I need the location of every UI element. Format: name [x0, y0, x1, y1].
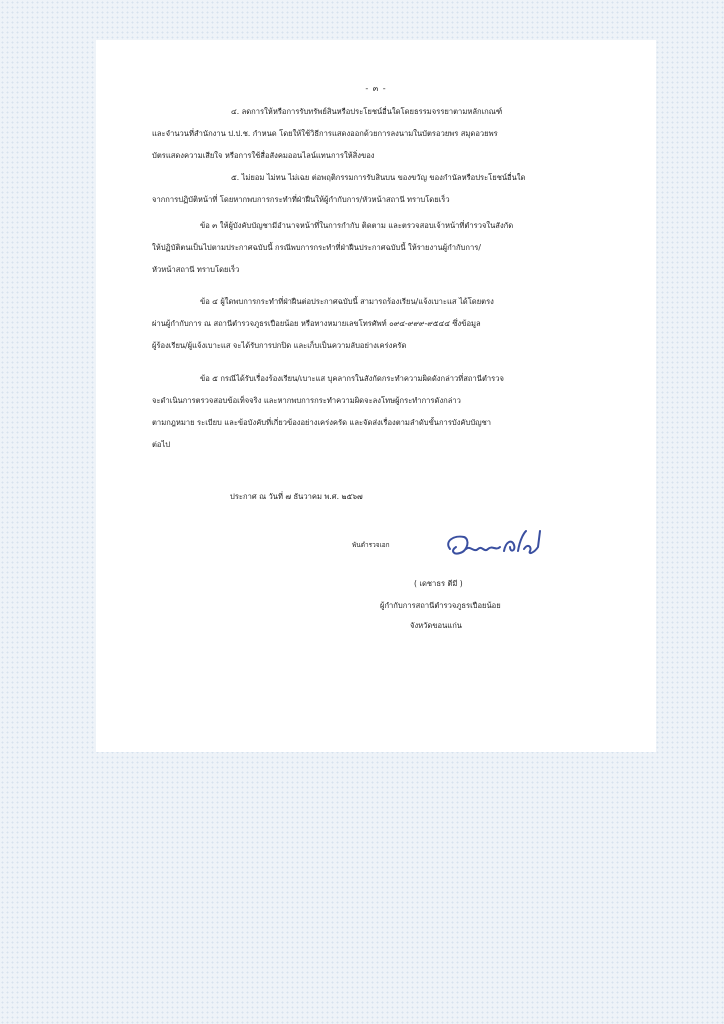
item-5-line-2: จากการปฏิบัติหน้าที่ โดยหากพบการกระทำที่… [152, 194, 450, 206]
clause-4-line-3: ผู้ร้องเรียน/ผู้แจ้งเบาะแส จะได้รับการปก… [152, 340, 406, 352]
clause-5-line-2: จะดำเนินการตรวจสอบข้อเท็จจริง และหากพบกา… [152, 395, 461, 407]
item-4-line-3: บัตรแสดงความเสียใจ หรือการใช้สื่อสังคมออ… [152, 150, 374, 162]
item-4-line-1: ๔. ลดการให้หรือการรับทรัพย์สินหรือประโยช… [231, 106, 502, 118]
clause-5-line-4: ต่อไป [152, 439, 170, 451]
clause-4-line-2: ผ่านผู้กำกับการ ณ สถานีตำรวจภูธรเปือยน้อ… [152, 318, 481, 330]
announcement-date: ประกาศ ณ วันที่ ๗ ธันวาคม พ.ศ. ๒๕๖๗ [230, 491, 363, 503]
clause-3-line-1: ข้อ ๓ ให้ผู้บังคับบัญชามีอำนาจหน้าที่ในก… [200, 220, 513, 232]
clause-5-line-1: ข้อ ๕ กรณีได้รับเรื่องร้องเรียน/เบาะแส บ… [200, 373, 504, 385]
signer-name: ( เดชาธร ตีมี ) [414, 578, 463, 590]
clause-3-line-2: ให้ปฏิบัติตนเป็นไปตามประกาศฉบับนี้ กรณีพ… [152, 242, 481, 254]
clause-4-line-1: ข้อ ๔ ผู้ใดพบการกระทำที่ฝ่าฝืนต่อประกาศฉ… [200, 296, 494, 308]
clause-5-line-3: ตามกฎหมาย ระเบียบ และข้อบังคับที่เกี่ยวข… [152, 417, 491, 429]
document-body: - ๓ - ๔. ลดการให้หรือการรับทรัพย์สินหรือ… [96, 40, 656, 752]
clause-3-line-3: หัวหน้าสถานี ทราบโดยเร็ว [152, 264, 239, 276]
signer-position: ผู้กำกับการสถานีตำรวจภูธรเปือยน้อย [380, 600, 501, 612]
signature-image [440, 527, 550, 567]
item-4-line-2: และจำนวนที่สำนักงาน ป.ป.ช. กำหนด โดยให้ใ… [152, 128, 498, 140]
item-5-line-1: ๕. ไม่ยอม ไม่ทน ไม่เฉย ต่อพฤติกรรมการรับ… [231, 172, 525, 184]
signer-province: จังหวัดขอนแก่น [410, 620, 462, 632]
document-page: - ๓ - ๔. ลดการให้หรือการรับทรัพย์สินหรือ… [96, 40, 656, 752]
signer-rank: พันตำรวจเอก [352, 540, 390, 550]
page-number: - ๓ - [96, 82, 656, 95]
